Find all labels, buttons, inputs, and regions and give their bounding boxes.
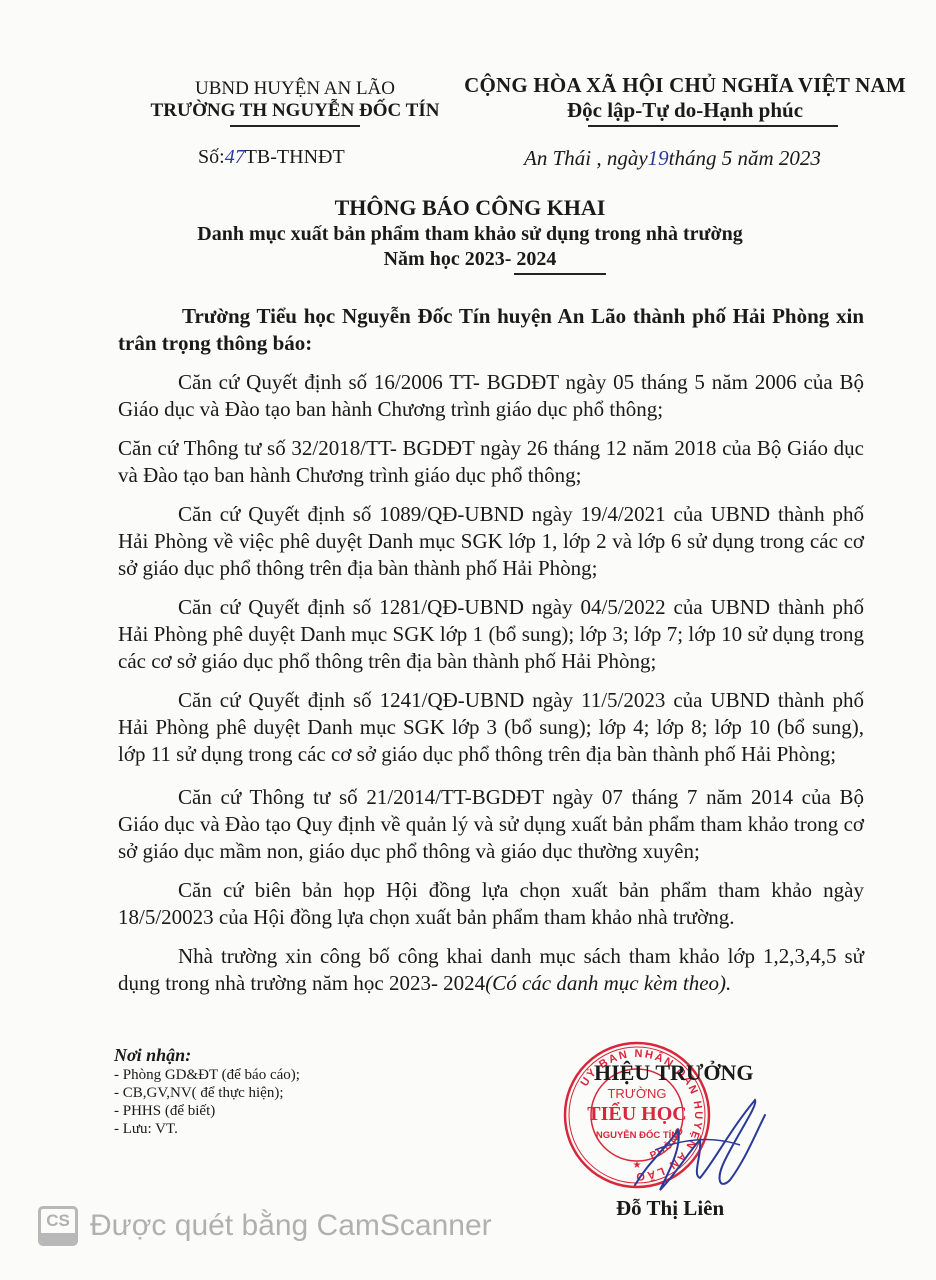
signer-title: HIỆU TRƯỞNG (594, 1060, 754, 1086)
handwritten-signature-icon (630, 1090, 770, 1210)
recipients-block: Nơi nhận: - Phòng GD&ĐT (để báo cáo); - … (114, 1044, 414, 1138)
recipient-item: - CB,GV,NV( để thực hiện); (114, 1084, 414, 1102)
closing-paragraph: Nhà trường xin công bố công khai danh mụ… (118, 943, 864, 997)
nation-motto: Độc lập-Tự do-Hạnh phúc (440, 98, 930, 123)
nation-name: CỘNG HÒA XÃ HỘI CHỦ NGHĨA VIỆT NAM (440, 73, 930, 98)
date-prefix: An Thái , ngày (524, 146, 648, 170)
national-motto-block: CỘNG HÒA XÃ HỘI CHỦ NGHĨA VIỆT NAM Độc l… (440, 73, 930, 127)
number-suffix: TB-THNĐT (245, 146, 345, 168)
date-suffix: tháng 5 năm 2023 (669, 146, 821, 170)
basis-paragraph: Căn cứ Thông tư số 21/2014/TT-BGDĐT ngày… (118, 784, 864, 865)
recipient-item: - Phòng GD&ĐT (để báo cáo); (114, 1066, 414, 1084)
title-subject: Danh mục xuất bản phẩm tham khảo sử dụng… (120, 222, 820, 247)
title-school-year: Năm học 2023- 2024 (120, 247, 820, 272)
document-body: Trường Tiểu học Nguyễn Đốc Tín huyện An … (118, 303, 864, 1009)
camscanner-watermark: CS Được quét bằng CamScanner (38, 1206, 492, 1246)
basis-paragraph: Căn cứ Quyết định số 1241/QĐ-UBND ngày 1… (118, 687, 864, 768)
basis-paragraph: Căn cứ Quyết định số 1281/QĐ-UBND ngày 0… (118, 594, 864, 675)
document-number: Số:47TB-THNĐT (198, 146, 345, 169)
recipients-heading: Nơi nhận: (114, 1044, 414, 1066)
title-main: THÔNG BÁO CÔNG KHAI (120, 194, 820, 222)
camscanner-logo-icon: CS (38, 1206, 78, 1246)
intro-paragraph: Trường Tiểu học Nguyễn Đốc Tín huyện An … (118, 303, 864, 357)
document-date: An Thái , ngày19tháng 5 năm 2023 (524, 146, 821, 171)
motto-underline (588, 125, 838, 127)
document-title: THÔNG BÁO CÔNG KHAI Danh mục xuất bản ph… (120, 194, 820, 275)
date-day-handwritten: 19 (648, 146, 669, 170)
title-underline (514, 273, 606, 275)
recipient-item: - Lưu: VT. (114, 1120, 414, 1138)
recipient-item: - PHHS (để biết) (114, 1102, 414, 1120)
issuer-block: UBND HUYỆN AN LÃO TRƯỜNG TH NGUYỄN ĐỐC T… (150, 78, 440, 127)
watermark-text: Được quét bằng CamScanner (90, 1209, 492, 1243)
closing-note: (Có các danh mục kèm theo). (485, 971, 731, 995)
number-prefix: Số: (198, 146, 225, 168)
basis-paragraph: Căn cứ Thông tư số 32/2018/TT- BGDĐT ngà… (118, 435, 864, 489)
issuer-school: TRƯỜNG TH NGUYỄN ĐỐC TÍN (150, 100, 440, 122)
issuer-underline (230, 125, 360, 127)
basis-paragraph: Căn cứ Quyết định số 1089/QĐ-UBND ngày 1… (118, 501, 864, 582)
basis-paragraph: Căn cứ biên bản họp Hội đồng lựa chọn xu… (118, 877, 864, 931)
number-handwritten: 47 (225, 146, 245, 168)
issuer-authority: UBND HUYỆN AN LÃO (150, 78, 440, 100)
basis-paragraph: Căn cứ Quyết định số 16/2006 TT- BGDĐT n… (118, 369, 864, 423)
